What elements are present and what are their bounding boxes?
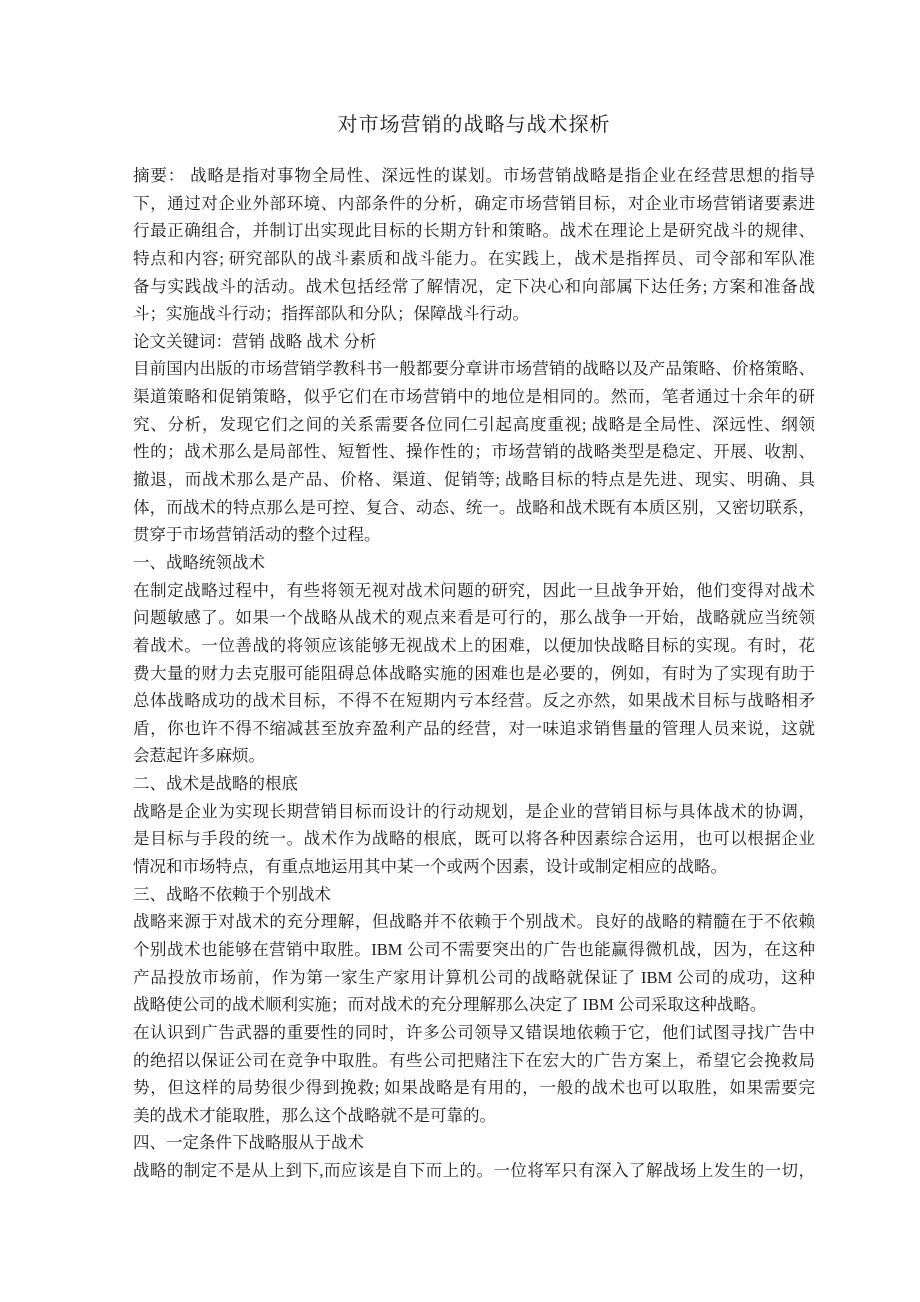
text-line: 在制定战略过程中，有些将领无视对战术问题的研究，因此一旦战争开始，他们变得对战术 — [133, 577, 815, 605]
section-heading: 一、战略统领战术 — [133, 549, 815, 577]
text-line: 费大量的财力去克服可能阻碍总体战略实施的困难也是必要的，例如，有时为了实现有助于 — [133, 660, 815, 688]
text-line: 摘要： 战略是指对事物全局性、深远性的谋划。市场营销战略是指企业在经营思想的指导 — [133, 162, 815, 190]
text-line: 战略的制定不是从上到下,而应该是自下而上的。一位将军只有深入了解战场上发生的一切… — [133, 1157, 815, 1185]
text-line: 问题敏感了。如果一个战略从战术的观点来看是可行的，那么战争一开始，战略就应当统领 — [133, 604, 815, 632]
text-line: 着战术。一位善战的将领应该能够无视战术上的困难，以便加快战略目标的实现。有时，花 — [133, 632, 815, 660]
text-line: 贯穿于市场营销活动的整个过程。 — [133, 521, 815, 549]
text-line: 个别战术也能够在营销中取胜。IBM 公司不需要突出的广告也能赢得微机战，因为，在… — [133, 936, 815, 964]
text-line: 产品投放市场前，作为第一家生产家用计算机公司的战略就保证了 IBM 公司的成功，… — [133, 964, 815, 992]
section-heading: 三、战略不依赖于个别战术 — [133, 881, 815, 909]
text-line: 斗；实施战斗行动；指挥部队和分队；保障战斗行动。 — [133, 300, 815, 328]
text-line: 体，而战术的特点那么是可控、复合、动态、统一。战略和战术既有本质区别，又密切联系… — [133, 494, 815, 522]
text-line: 撤退，而战术那么是产品、价格、渠道、促销等; 战略目标的特点是先进、现实、明确、… — [133, 466, 815, 494]
text-line: 总体战略成功的战术目标，不得不在短期内亏本经营。反之亦然，如果战术目标与战略相矛 — [133, 687, 815, 715]
text-line: 究、分析，发现它们之间的关系需要各位同仁引起高度重视; 战略是全局性、深远性、纲… — [133, 411, 815, 439]
text-line: 性的；战术那么是局部性、短暂性、操作性的；市场营销的战略类型是稳定、开展、收割、 — [133, 438, 815, 466]
text-line: 会惹起许多麻烦。 — [133, 742, 815, 770]
text-line: 下，通过对企业外部环境、内部条件的分析，确定市场营销目标，对企业市场营销诸要素进 — [133, 190, 815, 218]
text-line: 渠道策略和促销策略，似乎它们在市场营销中的地位是相同的。然而，笔者通过十余年的研 — [133, 383, 815, 411]
text-line: 的绝招以保证公司在竞争中取胜。有些公司把赌注下在宏大的广告方案上，希望它会挽救局 — [133, 1047, 815, 1075]
keywords-line: 论文关键词：营销 战略 战术 分析 — [133, 328, 815, 356]
text-line: 战略来源于对战术的充分理解，但战略并不依赖于个别战术。良好的战略的精髓在于不依赖 — [133, 908, 815, 936]
text-line: 战略使公司的战术顺利实施；而对战术的充分理解那么决定了 IBM 公司采取这种战略… — [133, 991, 815, 1019]
text-line: 在认识到广告武器的重要性的同时，许多公司领导又错误地依赖于它，他们试图寻找广告中 — [133, 1019, 815, 1047]
text-line: 备与实践战斗的活动。战术包括经常了解情况，定下决心和向部属下达任务; 方案和准备… — [133, 273, 815, 301]
text-line: 特点和内容; 研究部队的战斗素质和战斗能力。在实践上，战术是指挥员、司令部和军队… — [133, 245, 815, 273]
text-line: 目前国内出版的市场营销学教科书一般都要分章讲市场营销的战略以及产品策略、价格策略… — [133, 355, 815, 383]
document-title: 对市场营销的战略与战术探析 — [133, 110, 815, 140]
text-line: 势，但这样的局势很少得到挽救; 如果战略是有用的，一般的战术也可以取胜，如果需要… — [133, 1074, 815, 1102]
section-heading: 四、一定条件下战略服从于战术 — [133, 1129, 815, 1157]
text-line: 情况和市场特点，有重点地运用其中某一个或两个因素，设计或制定相应的战略。 — [133, 853, 815, 881]
text-line: 盾，你也许不得不缩减甚至放弃盈利产品的经营，对一味追求销售量的管理人员来说，这就 — [133, 715, 815, 743]
text-line: 美的战术才能取胜，那么这个战略就不是可靠的。 — [133, 1102, 815, 1130]
text-line: 是目标与手段的统一。战术作为战略的根底，既可以将各种因素综合运用，也可以根据企业 — [133, 825, 815, 853]
section-heading: 二、战术是战略的根底 — [133, 770, 815, 798]
document-body: 摘要： 战略是指对事物全局性、深远性的谋划。市场营销战略是指企业在经营思想的指导… — [133, 162, 815, 1185]
text-line: 战略是企业为实现长期营销目标而设计的行动规划，是企业的营销目标与具体战术的协调， — [133, 798, 815, 826]
document-page: 对市场营销的战略与战术探析 摘要： 战略是指对事物全局性、深远性的谋划。市场营销… — [0, 0, 920, 1302]
text-line: 行最正确组合，并制订出实现此目标的长期方针和策略。战术在理论上是研究战斗的规律、 — [133, 217, 815, 245]
